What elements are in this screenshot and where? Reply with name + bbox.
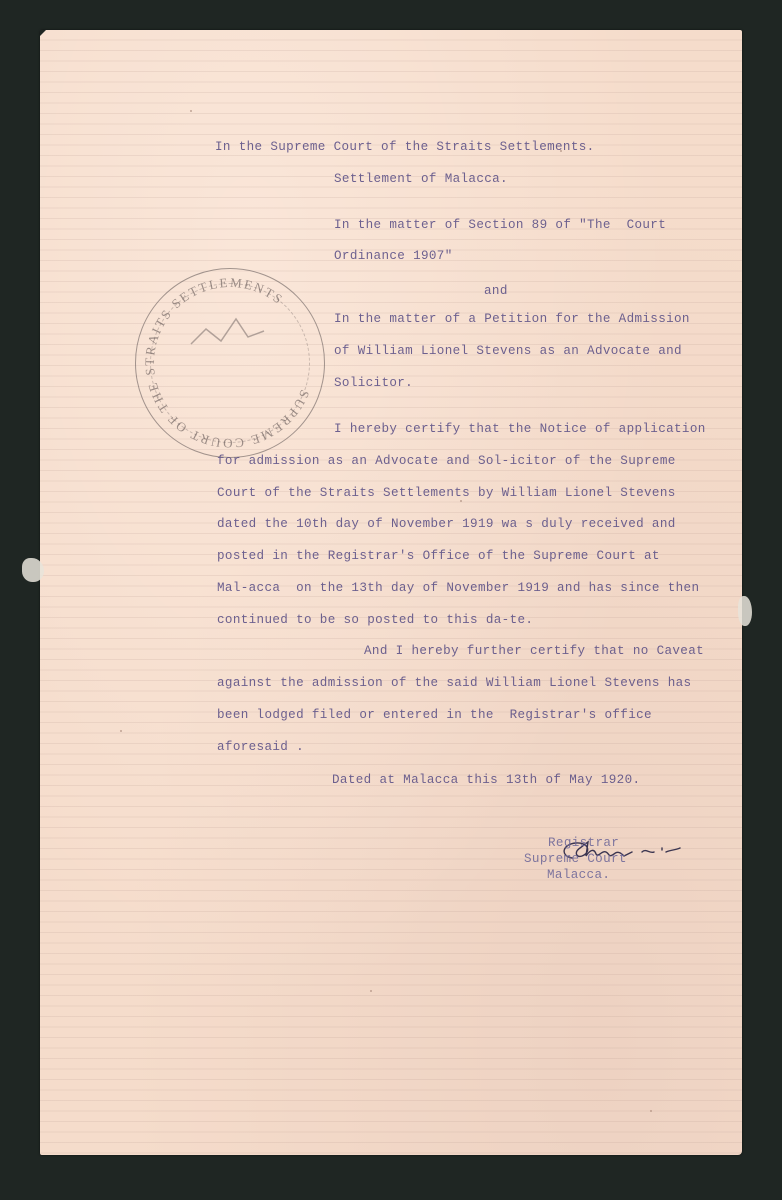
- certify-para-line-2: for admission as an Advocate and Sol-ici…: [217, 454, 676, 468]
- svg-text:SUPREME COURT OF THE STRAITS S: SUPREME COURT OF THE STRAITS SETTLEMENTS: [136, 269, 324, 457]
- certify-para-line-7: continued to be so posted to this da-te.: [217, 613, 533, 627]
- certify-para-line-3: Court of the Straits Settlements by Will…: [217, 486, 676, 500]
- certify-para-line-6: Mal-acca on the 13th day of November 191…: [217, 581, 699, 595]
- certify-para-line-4: dated the 10th day of November 1919 wa s…: [217, 517, 676, 531]
- certify-para-line-1: I hereby certify that the Notice of appl…: [334, 422, 706, 436]
- matter-section-line-1: In the matter of Section 89 of "The Cour…: [334, 218, 666, 232]
- stamp-text-ring: SUPREME COURT OF THE STRAITS SETTLEMENTS: [136, 269, 324, 457]
- matter-petition-line-2: of William Lionel Stevens as an Advocate…: [334, 344, 682, 358]
- torn-edge-right: [738, 596, 752, 626]
- further-para-line-4: aforesaid .: [217, 740, 304, 754]
- court-seal-stamp: SUPREME COURT OF THE STRAITS SETTLEMENTS: [135, 268, 325, 458]
- signature-place: Malacca.: [547, 868, 610, 882]
- matter-petition-line-3: Solicitor.: [334, 376, 413, 390]
- signature-title: Registrar: [548, 836, 619, 850]
- signature-court: Supreme Court: [524, 852, 627, 866]
- paper-speck: [370, 990, 372, 992]
- paper-speck: [560, 150, 562, 152]
- paper-speck: [120, 730, 122, 732]
- certify-para-line-5: posted in the Registrar's Office of the …: [217, 549, 660, 563]
- further-para-line-2: against the admission of the said Willia…: [217, 676, 691, 690]
- paper-speck: [190, 110, 192, 112]
- court-heading: In the Supreme Court of the Straits Sett…: [215, 140, 595, 154]
- document-page: SUPREME COURT OF THE STRAITS SETTLEMENTS…: [40, 30, 742, 1155]
- further-para-line-3: been lodged filed or entered in the Regi…: [217, 708, 652, 722]
- conjunction-and: and: [484, 284, 508, 298]
- settlement-line: Settlement of Malacca.: [334, 172, 508, 186]
- dated-line: Dated at Malacca this 13th of May 1920.: [332, 773, 640, 787]
- matter-section-line-2: Ordinance 1907": [334, 249, 453, 263]
- page-corner: [40, 30, 46, 36]
- paper-speck: [650, 1110, 652, 1112]
- torn-edge-left: [22, 558, 44, 582]
- further-para-line-1: And I hereby further certify that no Cav…: [364, 644, 704, 658]
- matter-petition-line-1: In the matter of a Petition for the Admi…: [334, 312, 690, 326]
- paper-speck: [460, 500, 462, 502]
